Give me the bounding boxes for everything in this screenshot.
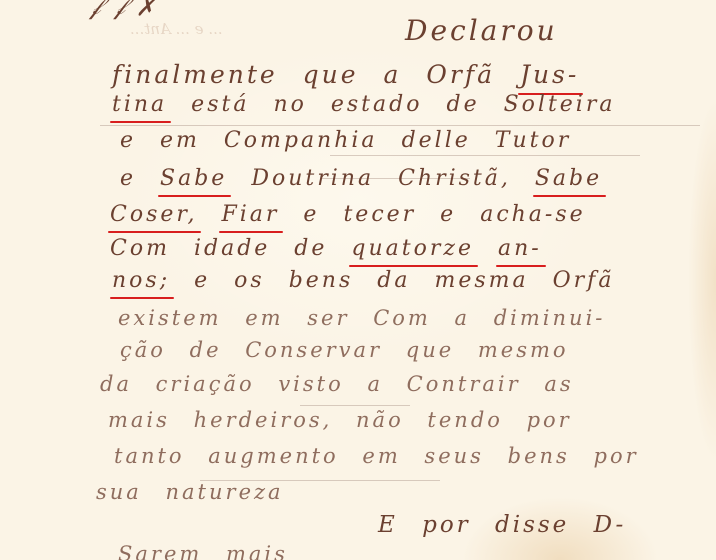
word: por: [594, 444, 639, 468]
underlined-word: Coser,: [110, 202, 197, 227]
word: em: [362, 444, 400, 468]
underlined-word: Sabe: [535, 166, 602, 191]
word: finalmente: [112, 60, 278, 89]
word: ser: [307, 306, 349, 330]
word: delle: [402, 128, 471, 153]
word: que: [303, 60, 359, 89]
word: da: [100, 372, 132, 396]
word: por: [422, 512, 471, 538]
manuscript-line: existem em ser Com a diminui-: [118, 306, 619, 330]
word: e: [303, 202, 319, 227]
word: Sarem: [118, 542, 202, 560]
word: a: [384, 60, 402, 89]
manuscript-line: Com idade de quatorze an-: [110, 236, 556, 261]
word: mesmo: [478, 338, 569, 362]
word: idade: [194, 236, 270, 261]
word: mais: [108, 408, 170, 432]
word: estado: [331, 92, 423, 117]
word: por: [527, 408, 572, 432]
word: está: [191, 92, 249, 117]
word: diminui-: [494, 306, 606, 330]
word: a: [455, 306, 471, 330]
word: tanto: [114, 444, 185, 468]
manuscript-page: ... e ... Ant... 𝒻 𝒻 ✗ Declarou finalmen…: [0, 0, 716, 560]
word: criação: [156, 372, 255, 396]
word: mais: [226, 542, 288, 560]
word: em: [245, 306, 283, 330]
word: Orfã: [553, 268, 615, 293]
word: Solteira: [504, 92, 616, 117]
word: de: [190, 338, 222, 362]
manuscript-line: nos; e os bens da mesma Orfã: [112, 268, 628, 293]
faint-ruling: [330, 155, 640, 156]
underlined-word: nos;: [112, 268, 170, 293]
word: Orfã: [426, 60, 495, 89]
manuscript-line: Sarem mais: [118, 542, 302, 560]
word: bens: [289, 268, 354, 293]
word: herdeiros,: [194, 408, 333, 432]
manuscript-line: finalmente que a Orfã Jus-: [112, 60, 593, 89]
word: de: [294, 236, 327, 261]
word: Declarou: [405, 14, 558, 47]
word: acha-se: [480, 202, 585, 227]
word: Contrair: [407, 372, 521, 396]
word: tecer: [343, 202, 416, 227]
manuscript-line: tina está no estado de Solteira: [112, 92, 629, 117]
word: de: [446, 92, 479, 117]
word: E: [378, 512, 398, 538]
word: que: [406, 338, 454, 362]
manuscript-line: E por disse D-: [378, 512, 640, 538]
word: Christã,: [398, 166, 511, 191]
word: não: [356, 408, 404, 432]
manuscript-line: e em Companhia delle Tutor: [120, 128, 585, 153]
word: e: [120, 166, 136, 191]
word: Com: [110, 236, 170, 261]
manuscript-line: Coser, Fiar e tecer e acha-se: [110, 202, 600, 227]
word: natureza: [166, 480, 284, 504]
word: no: [273, 92, 306, 117]
word: augmento: [208, 444, 338, 468]
word: em: [160, 128, 200, 153]
word: sua: [96, 480, 142, 504]
underlined-word: tina: [112, 92, 167, 117]
manuscript-line: mais herdeiros, não tendo por: [108, 408, 586, 432]
manuscript-line: sua natureza: [96, 480, 298, 504]
underlined-word: quatorze: [351, 236, 474, 261]
underlined-word: Jus-: [520, 60, 579, 89]
manuscript-line: ção de Conservar que mesmo: [120, 338, 583, 362]
word: visto: [278, 372, 343, 396]
word: Companhia: [224, 128, 378, 153]
cutoff-top-flourish: 𝒻 𝒻 ✗: [90, 0, 155, 20]
word: a: [367, 372, 383, 396]
word: as: [544, 372, 573, 396]
manuscript-line: Declarou: [405, 14, 572, 47]
word: e: [120, 128, 136, 153]
manuscript-line: da criação visto a Contrair as: [100, 372, 588, 396]
word: ção: [120, 338, 166, 362]
word: D-: [594, 512, 627, 538]
word: Conservar: [245, 338, 382, 362]
word: Com: [373, 306, 431, 330]
word: e: [194, 268, 210, 293]
word: Tutor: [495, 128, 571, 153]
bleed-through-text: ... e ... Ant...: [130, 20, 223, 38]
word: existem: [118, 306, 222, 330]
word: tendo: [427, 408, 502, 432]
manuscript-line: tanto augmento em seus bens por: [114, 444, 653, 468]
underlined-word: Fiar: [221, 202, 279, 227]
word: os: [234, 268, 265, 293]
word: disse: [495, 512, 569, 538]
underlined-word: Sabe: [160, 166, 227, 191]
word: e: [440, 202, 456, 227]
word: da: [377, 268, 410, 293]
underlined-word: an-: [498, 236, 542, 261]
word: seus: [424, 444, 484, 468]
word: bens: [508, 444, 570, 468]
word: Doutrina: [251, 166, 374, 191]
faint-ruling: [300, 405, 410, 406]
manuscript-line: e Sabe Doutrina Christã, Sabe: [120, 166, 616, 191]
word: mesma: [434, 268, 528, 293]
faint-ruling: [100, 125, 700, 126]
